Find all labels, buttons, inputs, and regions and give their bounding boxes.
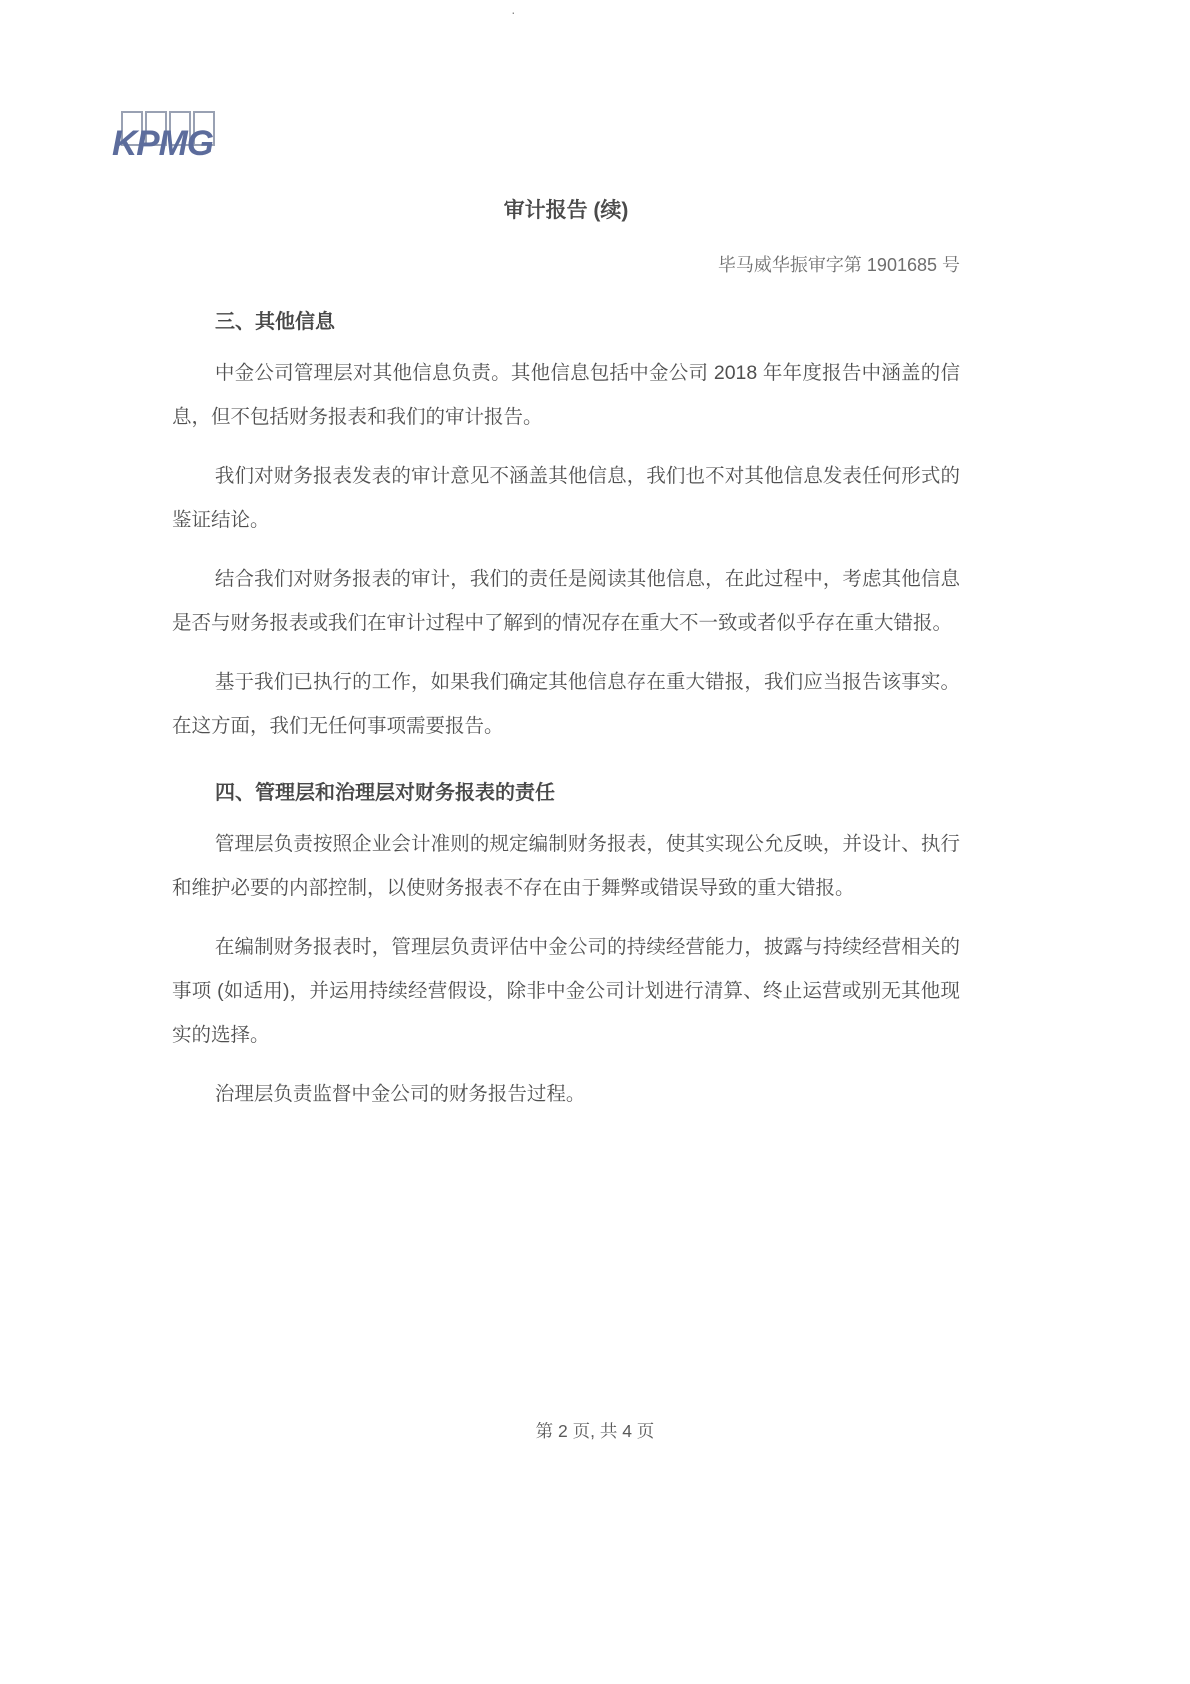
body-paragraph: 治理层负责监督中金公司的财务报告过程。	[172, 1072, 960, 1116]
section-heading: 四、管理层和治理层对财务报表的责任	[172, 779, 960, 807]
body-paragraph: 结合我们对财务报表的审计，我们的责任是阅读其他信息，在此过程中，考虑其他信息是否…	[172, 557, 960, 645]
top-center-mark: ·	[511, 4, 516, 20]
body-paragraph: 管理层负责按照企业会计准则的规定编制财务报表，使其实现公允反映，并设计、执行和维…	[172, 822, 960, 910]
section-heading: 三、其他信息	[172, 308, 960, 336]
page-number-footer: 第 2 页, 共 4 页	[0, 1418, 1190, 1443]
body-paragraph: 我们对财务报表发表的审计意见不涵盖其他信息，我们也不对其他信息发表任何形式的鉴证…	[172, 454, 960, 542]
body-paragraph: 基于我们已执行的工作，如果我们确定其他信息存在重大错报，我们应当报告该事实。在这…	[172, 660, 960, 748]
kpmg-logo: KPMG	[112, 111, 232, 169]
body-paragraph: 中金公司管理层对其他信息负责。其他信息包括中金公司 2018 年年度报告中涵盖的…	[172, 351, 960, 439]
body-paragraph: 在编制财务报表时，管理层负责评估中金公司的持续经营能力，披露与持续经营相关的事项…	[172, 925, 960, 1057]
report-title: 审计报告 (续)	[172, 196, 960, 226]
document-page: · KPMG 审计报告 (续) 毕马威华振审字第 1901685 号 三、其他信…	[0, 0, 1190, 1684]
report-content: 审计报告 (续) 毕马威华振审字第 1901685 号 三、其他信息中金公司管理…	[172, 196, 960, 1131]
reference-number: 毕马威华振审字第 1901685 号	[172, 253, 960, 277]
report-sections: 三、其他信息中金公司管理层对其他信息负责。其他信息包括中金公司 2018 年年度…	[172, 308, 960, 1116]
kpmg-logo-text: KPMG	[112, 126, 213, 161]
